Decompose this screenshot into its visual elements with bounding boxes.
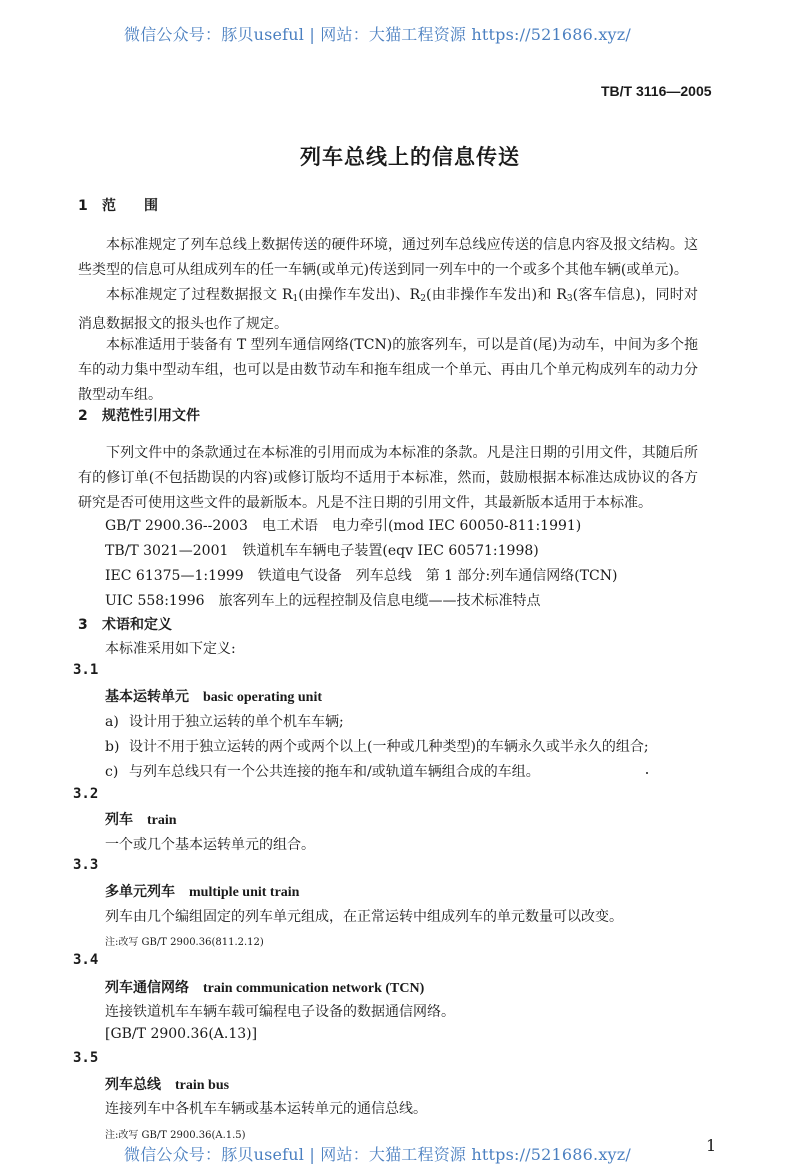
section-title: 术语和定义 [102,617,172,633]
text: (由操作车发出)、R [298,287,420,303]
watermark-bottom: 微信公众号：豚贝useful | 网站：大猫工程资源 https://52168… [124,1142,631,1165]
list-marker: a) [105,714,129,730]
reference-item: GB/T 2900.36--2003电工术语 电力牵引(mod IEC 6005… [105,515,581,535]
reference-item: TB/T 3021—2001铁道机车车辆电子装置(eqv IEC 60571:1… [105,540,539,560]
reference-item: UIC 558:1996旅客列车上的远程控制及信息电缆——技术标准特点 [105,590,541,610]
list-text: 与列车总线只有一个公共连接的拖车和/或轨道车辆组合成的车组。 [129,764,540,780]
term-note: 注:改写 GB/T 2900.36(A.1.5) [105,1126,246,1141]
section-3-heading: 3术语和定义 [78,614,172,634]
document-title: 列车总线上的信息传送 [300,141,520,171]
term-zh: 基本运转单元 [105,689,189,705]
section-number: 3 [78,617,102,633]
clause-number: 3.5 [73,1050,98,1066]
scope-paragraph-2: 本标准规定了过程数据报文 R1(由操作车发出)、R2(由非操作车发出)和 R3(… [78,283,698,337]
reference-item: IEC 61375—1:1999铁道电气设备 列车总线 第 1 部分:列车通信网… [105,565,617,585]
watermark-top: 微信公众号：豚贝useful | 网站：大猫工程资源 https://52168… [124,22,631,45]
term-en: basic operating unit [203,690,322,705]
list-item: a)设计用于独立运转的单个机车车辆; [105,711,344,731]
list-text: 设计不用于独立运转的两个或两个以上(一种或几种类型)的车辆永久或半永久的组合; [129,739,649,755]
standard-code: TB/T 3116—2005 [601,83,712,99]
normative-references-paragraph: 下列文件中的条款通过在本标准的引用而成为本标准的条款。凡是注日期的引用文件，其随… [78,441,698,516]
list-item: c)与列车总线只有一个公共连接的拖车和/或轨道车辆组合成的车组。 [105,761,540,781]
term-en: multiple unit train [189,885,299,900]
reference-title: 电工术语 电力牵引(mod IEC 60050-811:1991) [262,518,581,534]
term-heading: 列车总线train bus [105,1074,229,1094]
term-zh: 列车通信网络 [105,980,189,996]
term-definition: 一个或几个基本运转单元的组合。 [105,834,315,854]
term-en: train communication network (TCN) [203,981,424,996]
term-zh: 列车 [105,812,133,828]
term-heading: 列车通信网络train communication network (TCN) [105,977,424,997]
term-en: train [147,813,177,828]
list-text: 设计用于独立运转的单个机车车辆; [129,714,344,730]
term-heading: 列车train [105,809,177,829]
reference-title: 铁道电气设备 列车总线 第 1 部分:列车通信网络(TCN) [258,568,618,584]
term-en: train bus [175,1078,229,1093]
scan-speck [646,772,648,774]
term-zh: 多单元列车 [105,884,175,900]
term-note: 注:改写 GB/T 2900.36(811.2.12) [105,933,264,948]
definitions-intro: 本标准采用如下定义: [105,638,236,658]
section-title: 规范性引用文件 [102,408,200,424]
reference-code: UIC 558:1996 [105,593,205,609]
term-definition: 连接列车中各机车车辆或基本运转单元的通信总线。 [105,1098,427,1118]
list-marker: b) [105,739,129,755]
section-1-heading: 1范 围 [78,195,158,215]
text: 本标准规定了过程数据报文 R [106,287,293,303]
section-number: 2 [78,408,102,424]
term-heading: 基本运转单元basic operating unit [105,686,322,706]
list-marker: c) [105,764,129,780]
term-zh: 列车总线 [105,1077,161,1093]
reference-code: TB/T 3021—2001 [105,543,228,559]
scope-paragraph-3: 本标准适用于装备有 T 型列车通信网络(TCN)的旅客列车，可以是首(尾)为动车… [78,333,698,408]
term-definition: 连接铁道机车车辆车载可编程电子设备的数据通信网络。 [105,1001,455,1021]
clause-number: 3.2 [73,786,98,802]
reference-code: GB/T 2900.36--2003 [105,518,248,534]
section-2-heading: 2规范性引用文件 [78,405,200,425]
text: (由非操作车发出)和 R [426,287,567,303]
clause-number: 3.4 [73,952,98,968]
term-heading: 多单元列车multiple unit train [105,881,299,901]
clause-number: 3.3 [73,857,98,873]
reference-code: IEC 61375—1:1999 [105,568,244,584]
list-item: b)设计不用于独立运转的两个或两个以上(一种或几种类型)的车辆永久或半永久的组合… [105,736,649,756]
clause-number: 3.1 [73,662,98,678]
reference-title: 铁道机车车辆电子装置(eqv IEC 60571:1998) [242,543,538,559]
term-definition: 列车由几个编组固定的列车单元组成，在正常运转中组成列车的单元数量可以改变。 [105,906,623,926]
term-source: [GB/T 2900.36(A.13)] [105,1026,257,1042]
scope-paragraph-1: 本标准规定了列车总线上数据传送的硬件环境，通过列车总线应传送的信息内容及报文结构… [78,233,698,283]
section-title: 范 围 [102,198,158,214]
page-number: 1 [706,1136,716,1155]
section-number: 1 [78,198,102,214]
reference-title: 旅客列车上的远程控制及信息电缆——技术标准特点 [219,593,541,609]
